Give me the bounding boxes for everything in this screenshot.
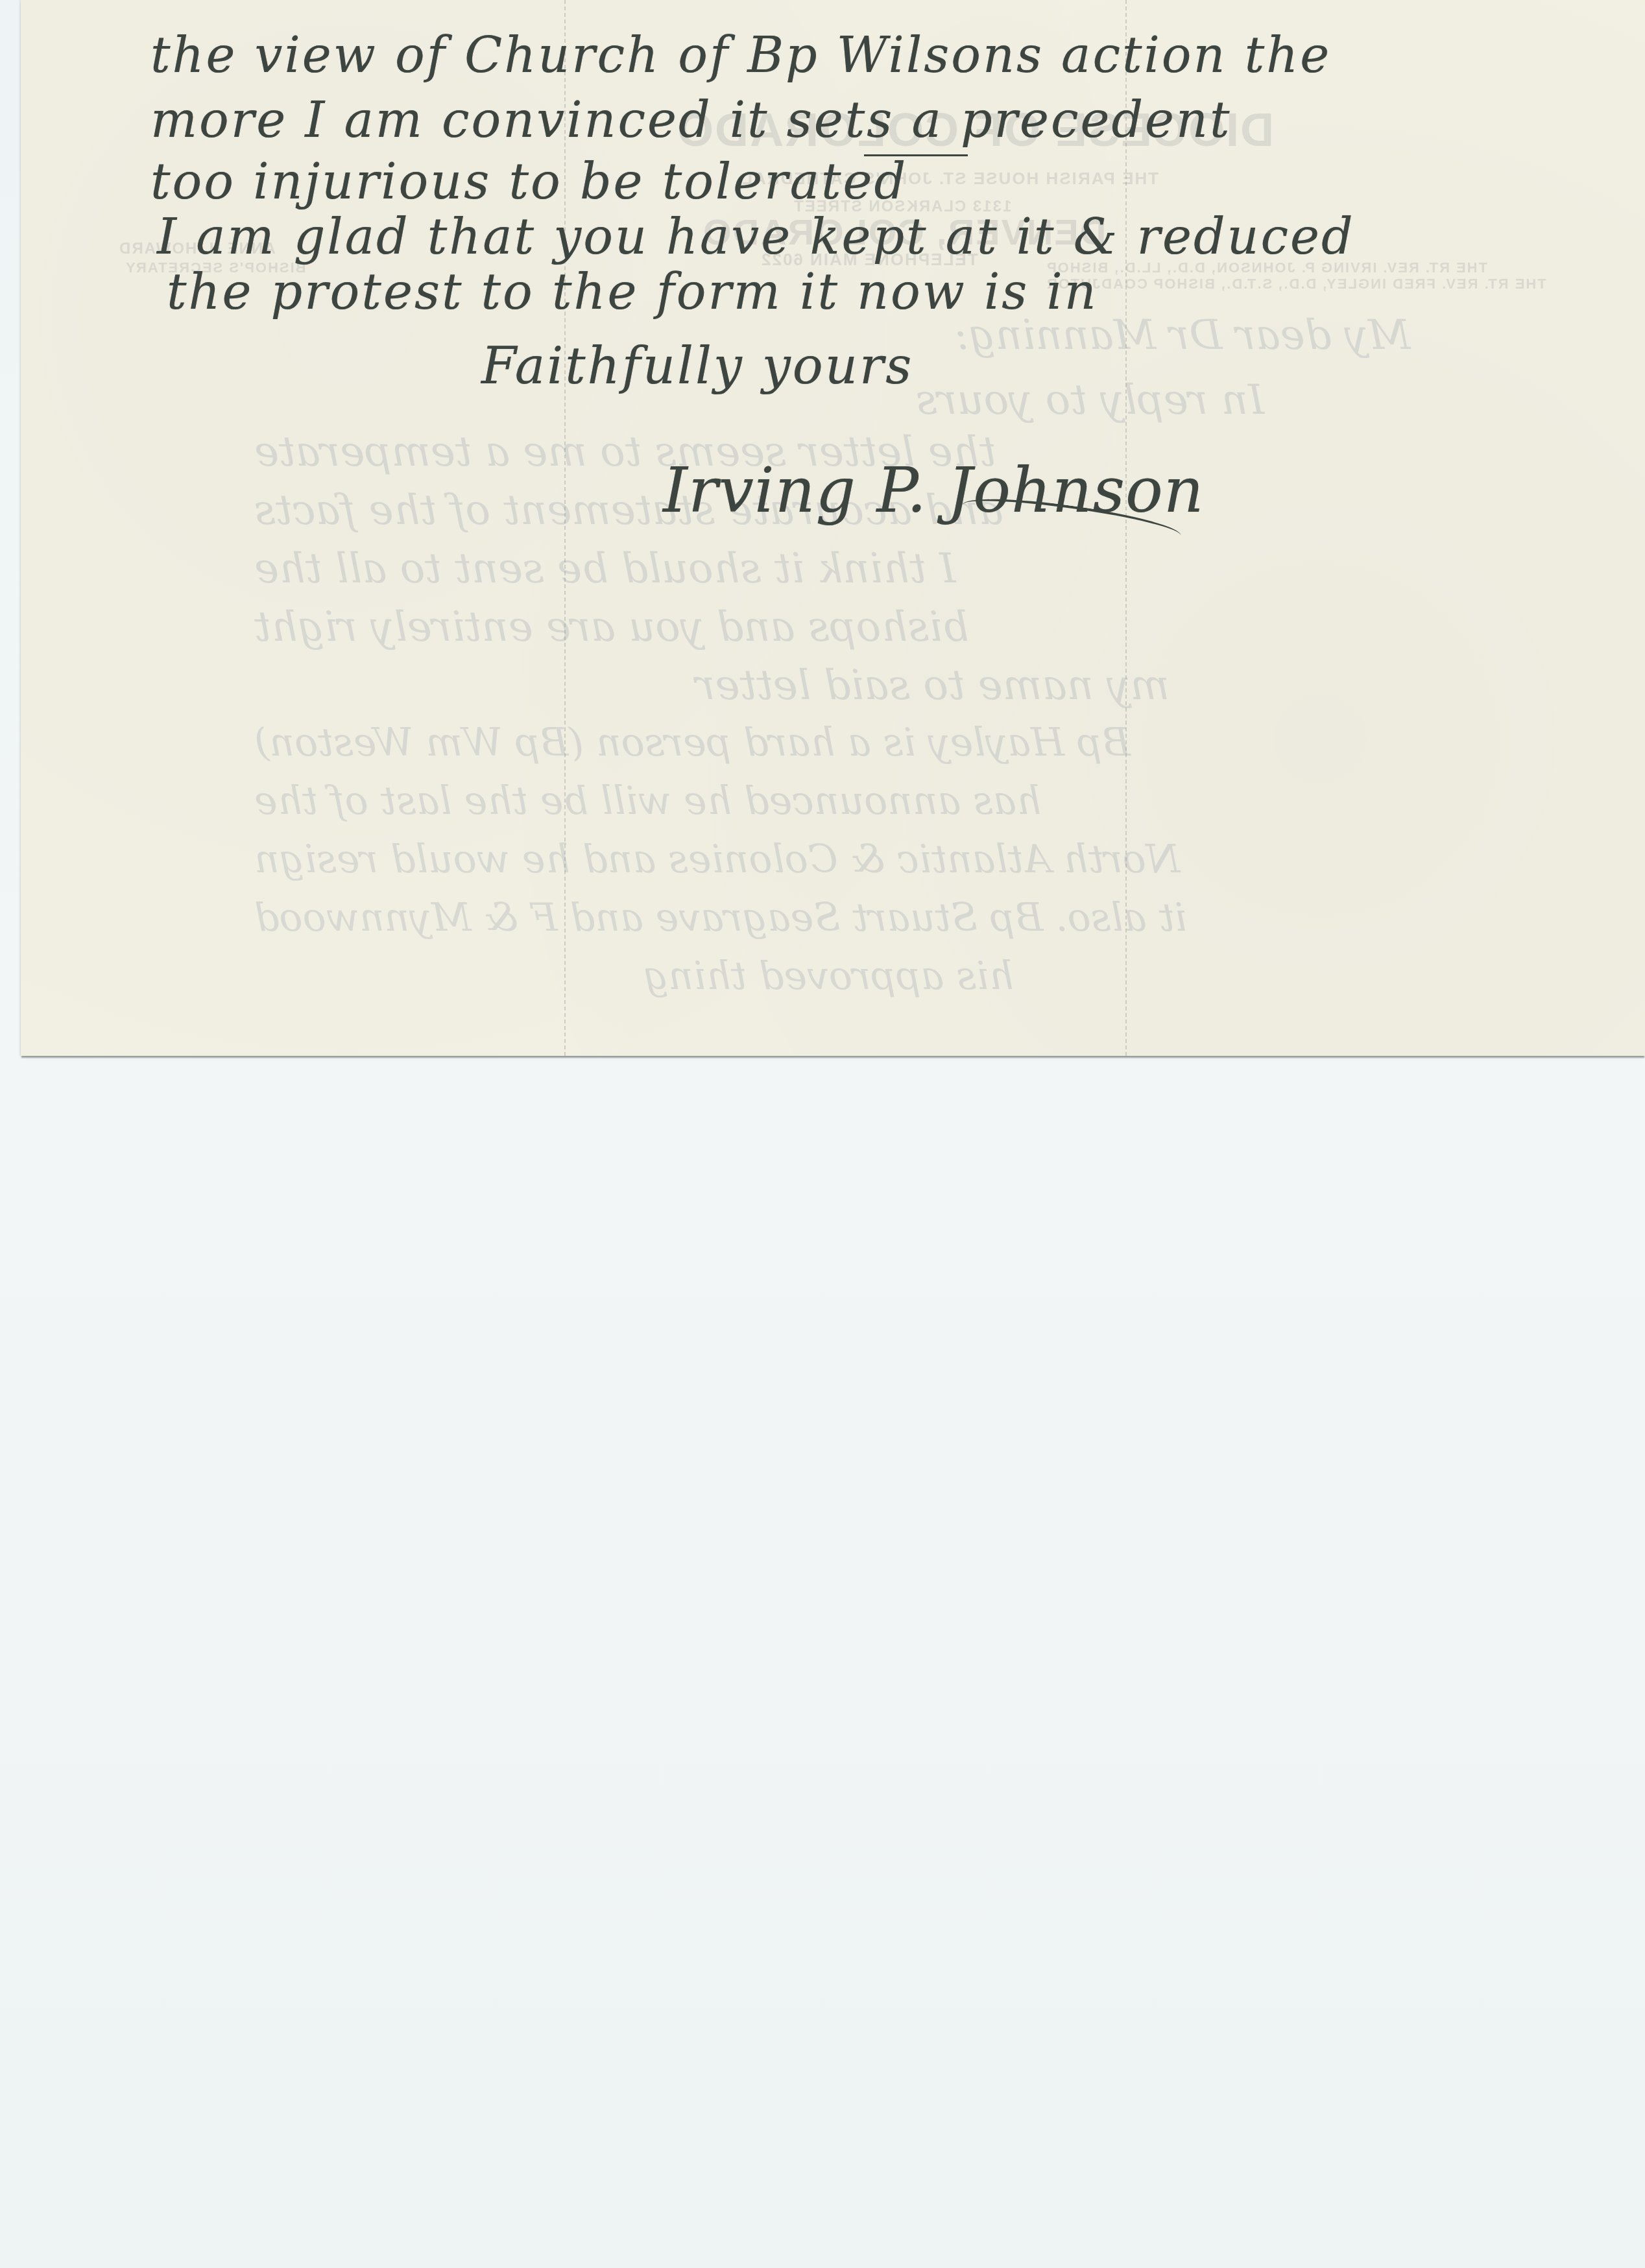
bleed-text-line: his approved thing bbox=[643, 953, 1014, 999]
letter-body-line: I am glad that you have kept at it & red… bbox=[157, 208, 1355, 265]
bleed-text-line: it also. Bp Stuart Seagrave and F & Mynn… bbox=[254, 895, 1187, 940]
letter-body-line: the protest to the form it now is in bbox=[167, 263, 1098, 320]
bleed-text-line: has announced he will be the last of the bbox=[254, 778, 1041, 824]
bleed-text-line: my name to said letter bbox=[695, 662, 1170, 710]
letter-body-line: the view of Church of Bp Wilsons action … bbox=[150, 26, 1331, 84]
letter-closing: Faithfully yours bbox=[481, 337, 913, 396]
bleed-text-line: North Atlantic & Colonies and he would r… bbox=[254, 837, 1180, 882]
bleed-text-line: Bp Hayley is a hard person (Bp Wm Weston… bbox=[254, 720, 1131, 765]
letter-body-line: too injurious to be tolerated bbox=[150, 152, 907, 210]
letter-body-line: more I am convinced it sets a precedent bbox=[150, 91, 1232, 149]
bleed-text-line: I think it should be sent to all the bbox=[254, 545, 956, 593]
bleed-text-line: In reply to yours bbox=[916, 376, 1264, 424]
letter-page: DIOCESE OF COLORADO THE PARISH HOUSE ST.… bbox=[21, 0, 1645, 1056]
bleed-letterhead-coadjutor: THE RT. REV. FRED INGLEY, D.D., S.T.D., … bbox=[1046, 276, 1546, 292]
bleed-text-line: bishops and you are entirely right bbox=[254, 603, 969, 651]
